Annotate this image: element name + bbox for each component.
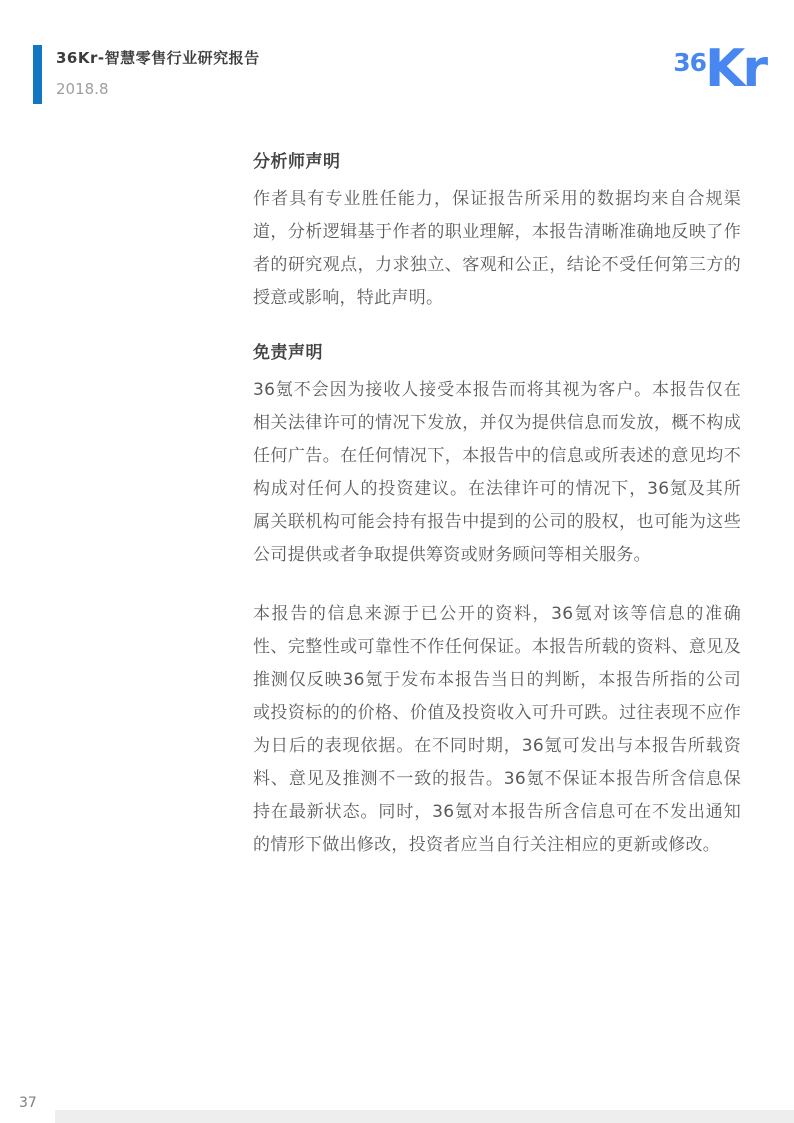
report-title: 36Kr-智慧零售行业研究报告 [56, 47, 260, 68]
36kr-logo: 36 Kr [673, 46, 765, 93]
report-date: 2018.8 [56, 80, 109, 98]
analyst-statement-paragraph: 作者具有专业胜任能力，保证报告所采用的数据均来自合规渠道，分析逻辑基于作者的职业… [253, 183, 741, 315]
analyst-statement-heading: 分析师声明 [253, 150, 741, 174]
section-disclaimer: 免责声明 36氪不会因为接收人接受本报告而将其视为客户。本报告仅在相关法律许可的… [253, 341, 741, 572]
header-accent-bar [33, 45, 42, 104]
section-disclaimer-continued: 本报告的信息来源于已公开的资料，36氪对该等信息的准确性、完整性或可靠性不作任何… [253, 598, 741, 862]
logo-36-text: 36 [673, 50, 706, 75]
footer-bar [55, 1110, 794, 1123]
logo-kr-text: Kr [705, 46, 765, 93]
disclaimer-heading: 免责声明 [253, 341, 741, 365]
section-analyst-statement: 分析师声明 作者具有专业胜任能力，保证报告所采用的数据均来自合规渠道，分析逻辑基… [253, 150, 741, 315]
page-number: 37 [19, 1095, 37, 1111]
disclaimer-paragraph: 36氪不会因为接收人接受本报告而将其视为客户。本报告仅在相关法律许可的情况下发放… [253, 374, 741, 572]
disclaimer-continued-paragraph: 本报告的信息来源于已公开的资料，36氪对该等信息的准确性、完整性或可靠性不作任何… [253, 598, 741, 862]
report-page: 36Kr-智慧零售行业研究报告 2018.8 36 Kr 分析师声明 作者具有专… [0, 0, 794, 1123]
content-column: 分析师声明 作者具有专业胜任能力，保证报告所采用的数据均来自合规渠道，分析逻辑基… [253, 150, 741, 888]
